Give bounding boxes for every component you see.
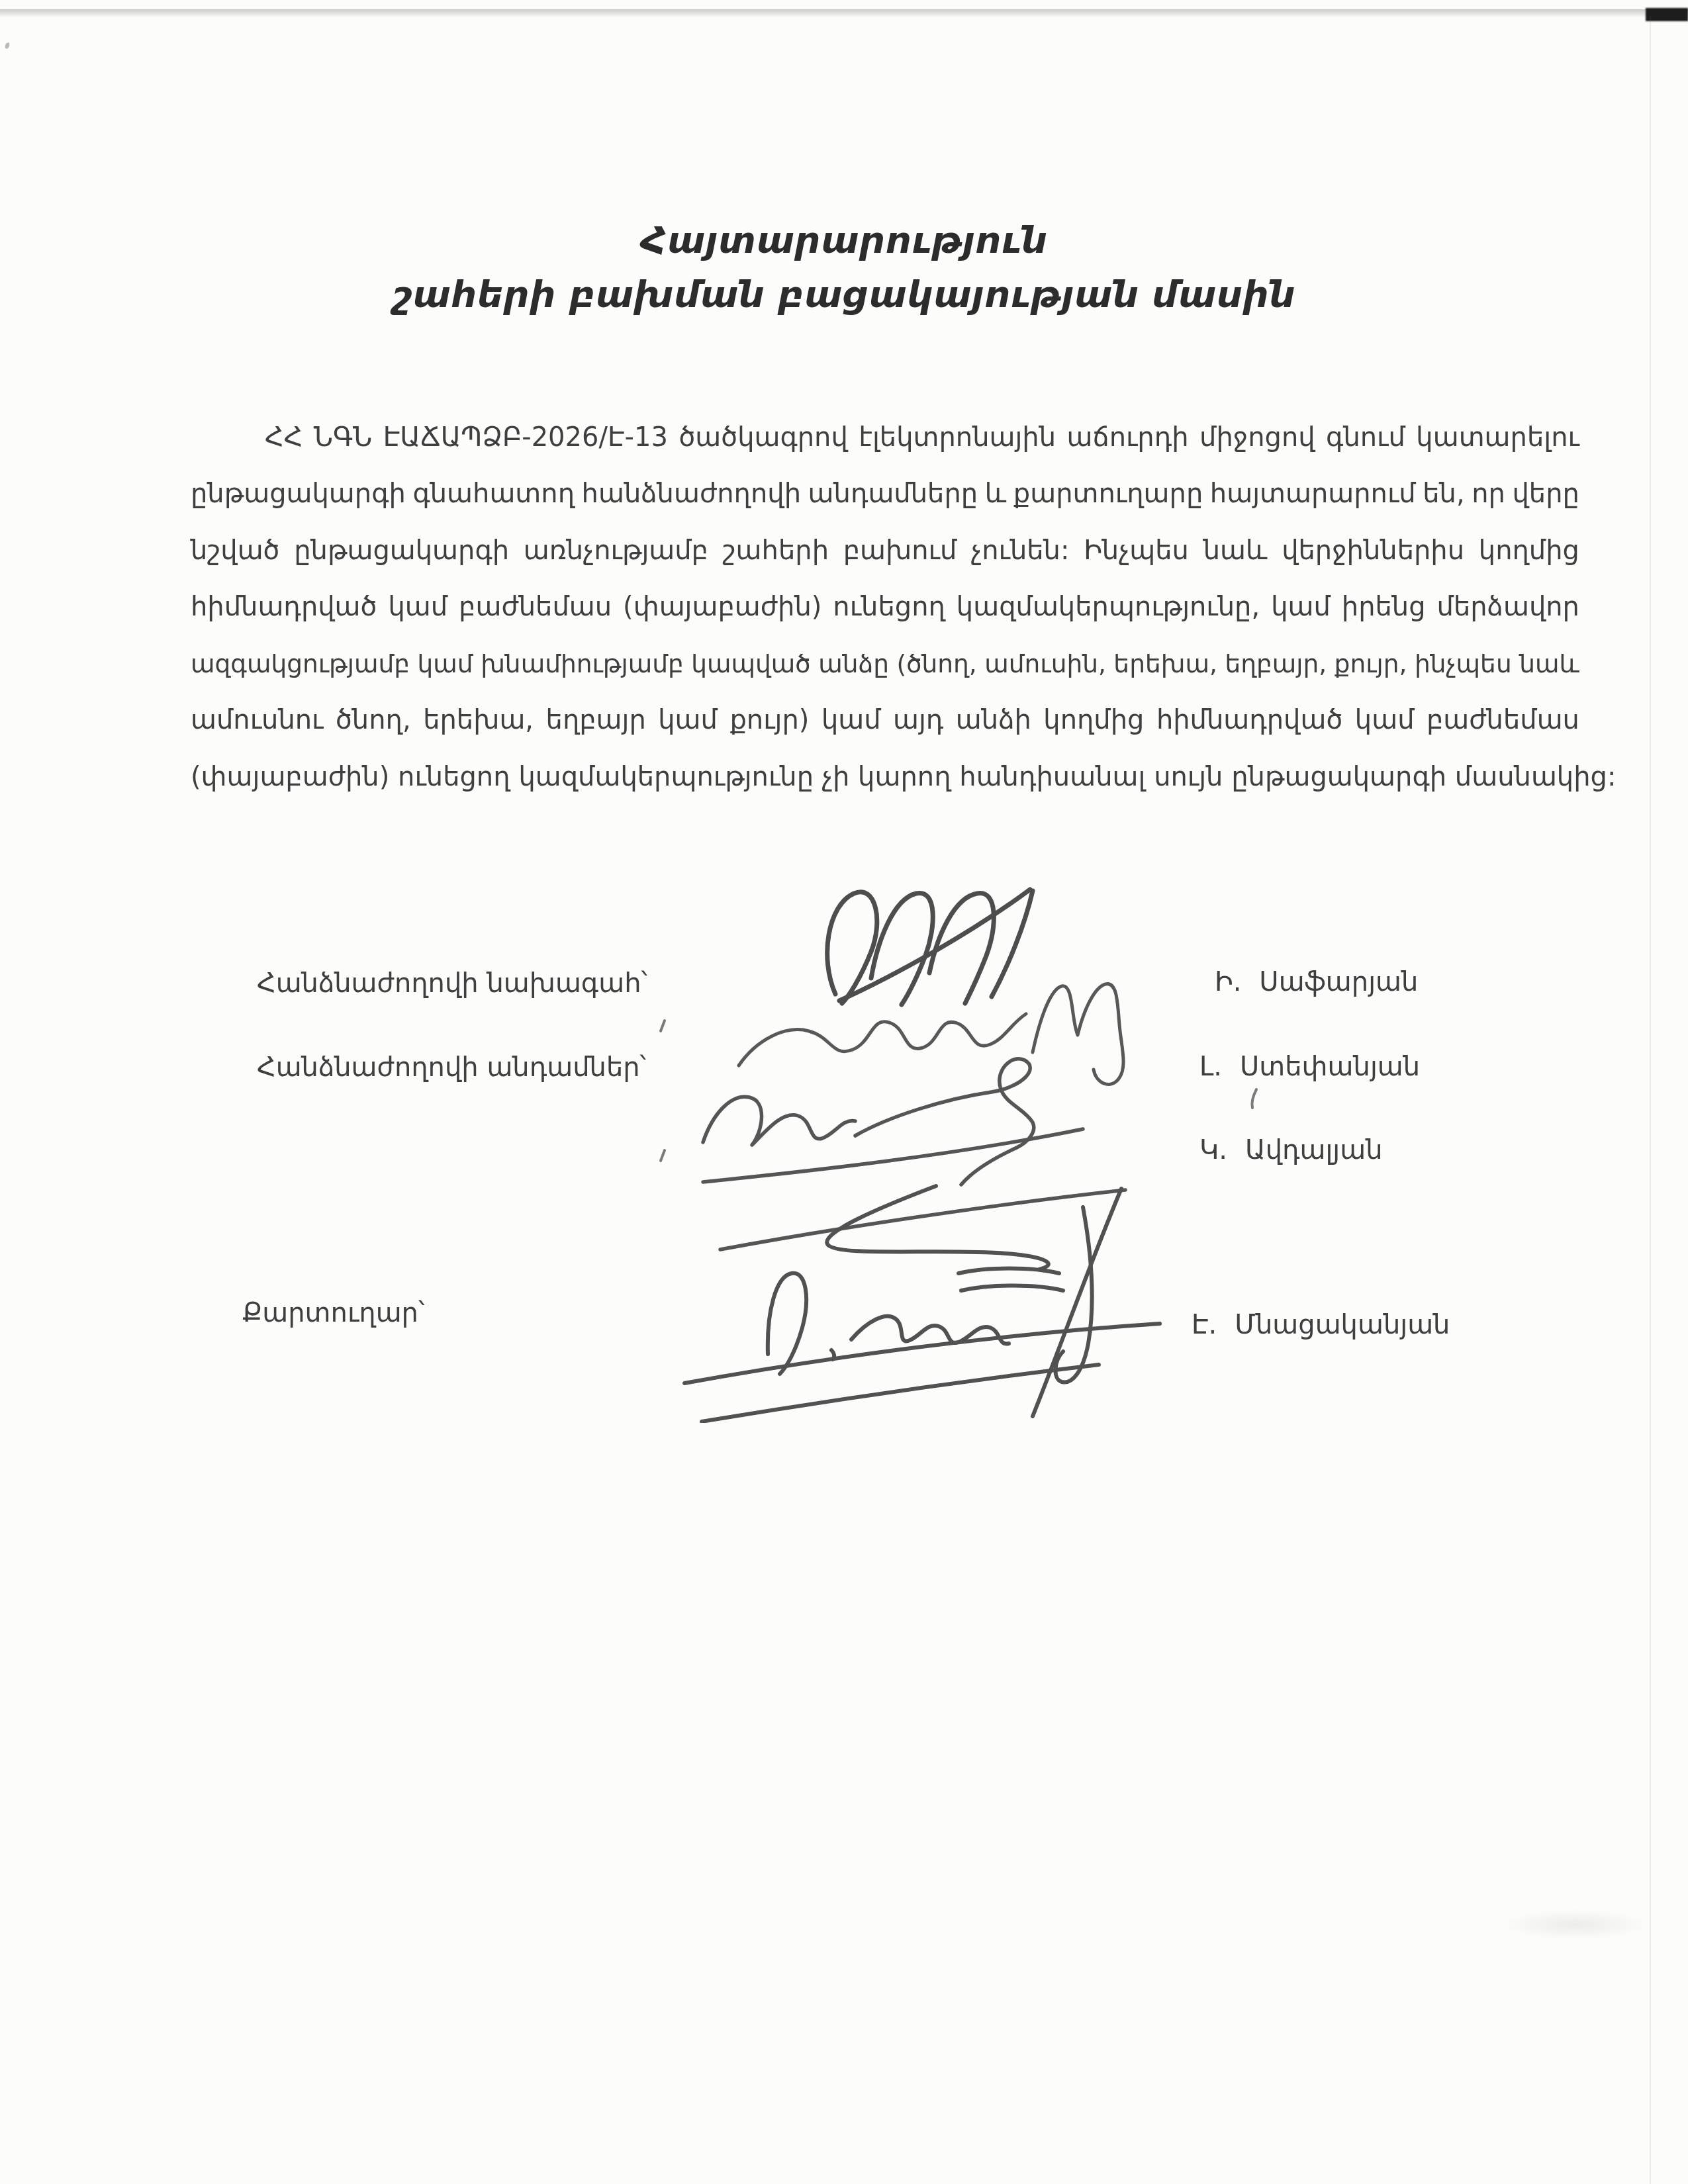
paragraph-line: հիմնադրվածկամբաժնեմաս(փայաբաժին)ունեցողկ…	[191, 579, 1579, 636]
paragraph-line: ազգակցությամբկամխնամիությամբկապվածանձը(ծ…	[191, 635, 1579, 692]
scan-artifact-top-edge	[0, 9, 1688, 17]
member2-signature-ink	[703, 1059, 1125, 1250]
paragraph-line: նշվածընթացակարգիառնչությամբշահերիբախումչ…	[191, 522, 1579, 579]
member1-signature-ink	[739, 984, 1123, 1085]
scan-artifact-smudge	[1503, 1909, 1648, 1940]
scan-artifact-dot	[4, 42, 10, 49]
scanned-declaration-page: Հայտարարություն շահերի բախման բացակայութ…	[0, 0, 1688, 2184]
secretary-role-label: Քարտուղար՝	[242, 1297, 424, 1329]
paragraph-line: ՀՀՆԳՆԷԱՃԱՊՁԲ-2026/Է-13ծածկագրովէլեկտրոնա…	[191, 409, 1579, 466]
paragraph-line: ընթացակարգիգնահատողհանձնաժողովիանդամները…	[191, 466, 1579, 523]
scan-artifact-right-edge-line	[1650, 16, 1651, 2184]
members-role-label: Հանձնաժողովի անդամներ՝	[257, 1052, 646, 1083]
signatures-overlay	[635, 867, 1324, 1423]
declaration-paragraph: ՀՀՆԳՆԷԱՃԱՊՁԲ-2026/Է-13ծածկագրովէլեկտրոնա…	[191, 409, 1579, 805]
document-title: Հայտարարություն շահերի բախման բացակայութ…	[0, 213, 1688, 322]
document-title-line1: Հայտարարություն	[0, 213, 1688, 267]
stray-pen-marks	[661, 1021, 1256, 1161]
paragraph-line: (փայաբաժին)ունեցողկազմակերպությունըչիկար…	[191, 749, 1579, 805]
document-title-line2: շահերի բախման բացակայության մասին	[0, 267, 1688, 322]
chairman-role-label: Հանձնաժողովի նախագահ՝	[257, 968, 647, 999]
scan-artifact-corner-mark	[1646, 8, 1688, 21]
chairman-signature-ink	[827, 889, 1033, 1005]
paragraph-line: ամուսնուծնող,երեխա,եղբայրկամքույր)կամայդ…	[191, 692, 1579, 749]
secretary-signature-ink	[684, 1186, 1160, 1422]
